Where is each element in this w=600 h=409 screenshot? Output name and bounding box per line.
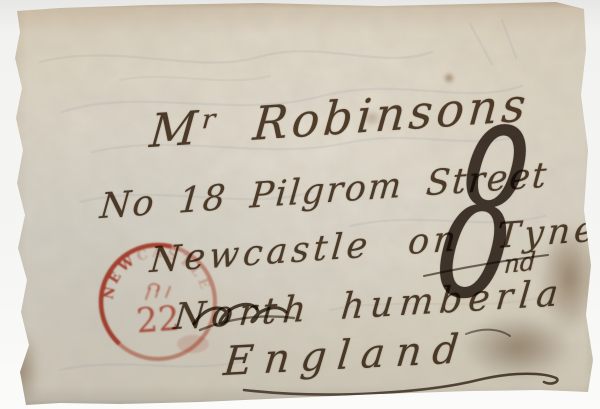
letter-cover: NEWCASTLE 22 Mʳ Robinsons No 18 Pilgrom … <box>0 0 600 409</box>
postmark-smudge <box>177 335 209 353</box>
postmark-town-visible: NEW <box>101 251 141 301</box>
postmark-date-smudge <box>146 284 170 299</box>
photo-background: NEWCASTLE 22 Mʳ Robinsons No 18 Pilgrom … <box>0 0 600 409</box>
stain-left-edge <box>0 328 40 409</box>
